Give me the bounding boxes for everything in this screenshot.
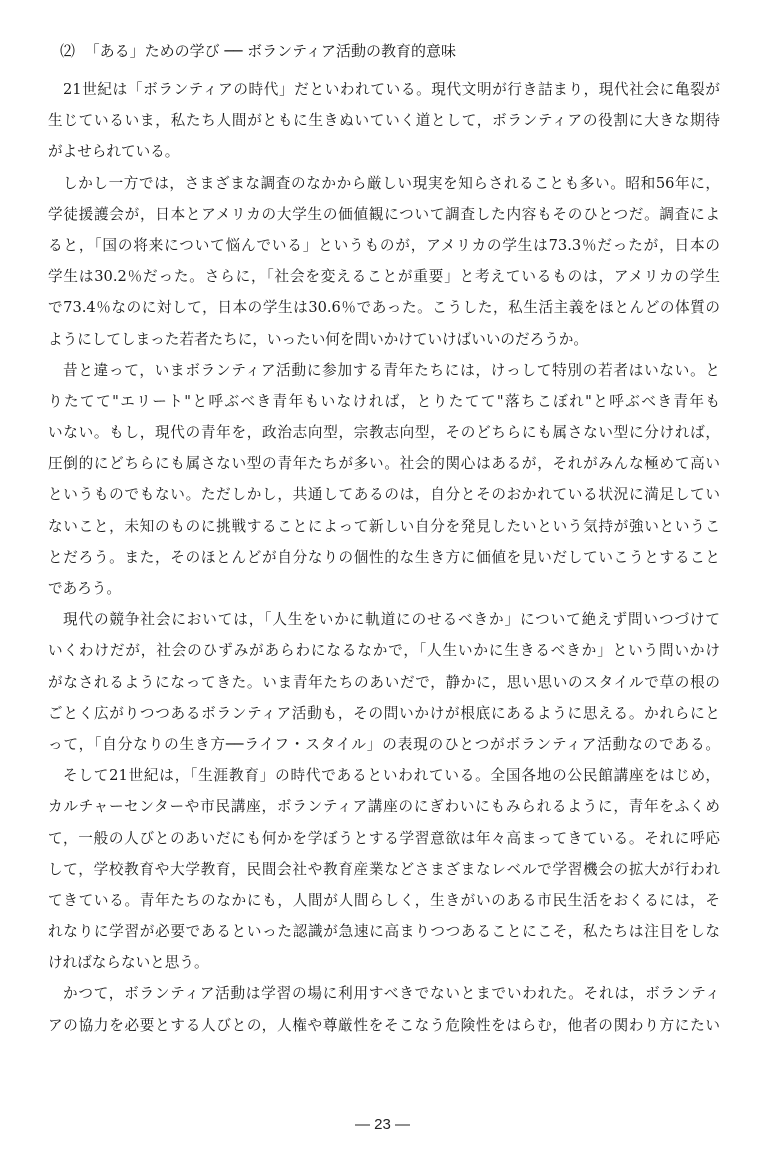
text-line: 昔と違って，いまボランティア活動に参加する青年たちには，けっして特別の若者はいな… xyxy=(48,359,720,390)
section-title-text: 「ある」ための学び ── ボランティア活動の教育的意味 xyxy=(85,42,456,60)
text-line: て，一般の人びとのあいだにも何かを学ぼうとする学習意欲は年々高まってきている。そ… xyxy=(48,827,720,858)
text-line: 現代の競争社会においては，「人生をいかに軌道にのせるべきか」について絶えず問いつ… xyxy=(48,608,720,639)
text-line: して，学校教育や大学教育，民間会社や教育産業などさまざまなレベルで学習機会の拡大… xyxy=(48,858,720,889)
text-line: って，「自分なりの生き方──ライフ・スタイル」の表現のひとつがボランティア活動な… xyxy=(48,733,720,764)
text-line: であろう。 xyxy=(48,577,720,608)
text-line: ると，「国の将来について悩んでいる」というものが，アメリカの学生は73.3％だっ… xyxy=(48,234,720,265)
text-line: とだろう。また，そのほとんどが自分なりの個性的な生き方に価値を見いだしていこうと… xyxy=(48,546,720,577)
text-line: いない。もし，現代の青年を，政治志向型，宗教志向型，そのどちらにも属さない型に分… xyxy=(48,421,720,452)
text-line: アの協力を必要とする人びとの，人権や尊厳性をそこなう危険性をはらむ，他者の関わり… xyxy=(48,1014,720,1045)
section-number: ⑵ xyxy=(60,42,75,60)
text-line: ければならないと思う。 xyxy=(48,951,720,982)
text-line: 21世紀は「ボランティアの時代」だといわれている。現代文明が行き詰まり，現代社会… xyxy=(48,78,720,109)
text-line: ようにしてしまった若者たちに，いったい何を問いかけていけばいいのだろうか。 xyxy=(48,328,720,359)
text-line: 学徒援護会が，日本とアメリカの大学生の価値観について調査した内容もそのひとつだ。… xyxy=(48,203,720,234)
text-line: カルチャーセンターや市民講座，ボランティア講座のにぎわいにもみられるように，青年… xyxy=(48,795,720,826)
text-line: しかし一方では，さまざまな調査のなかから厳しい現実を知らされることも多い。昭和5… xyxy=(48,172,720,203)
text-line: ごとく広がりつつあるボランティア活動も，その問いかけが根底にあるように思える。か… xyxy=(48,702,720,733)
text-line: というものでもない。ただしかし，共通してあるのは，自分とそのおかれている状況に満… xyxy=(48,483,720,514)
text-line: 圧倒的にどちらにも属さない型の青年たちが多い。社会的関心はあるが，それがみんな極… xyxy=(48,452,720,483)
document-page: ⑵ 「ある」ための学び ── ボランティア活動の教育的意味 21世紀は「ボランテ… xyxy=(0,0,765,1167)
text-line: りたてて"エリート"と呼ぶべき青年もいなければ，とりたてて"落ちこぼれ"と呼ぶべ… xyxy=(48,390,720,421)
body-text: 21世紀は「ボランティアの時代」だといわれている。現代文明が行き詰まり，現代社会… xyxy=(48,78,720,1045)
text-line: れなりに学習が必要であるといった認識が急速に高まりつつあることにこそ，私たちは注… xyxy=(48,920,720,951)
text-line: いくわけだが，社会のひずみがあらわになるなかで，「人生いかに生きるべきか」という… xyxy=(48,639,720,670)
text-line: そして21世紀は，「生涯教育」の時代であるといわれている。全国各地の公民館講座を… xyxy=(48,764,720,795)
text-line: で73.4％なのに対して，日本の学生は30.6％であった。こうした，私生活主義を… xyxy=(48,296,720,327)
text-line: 生じているいま，私たち人間がともに生きぬいていく道として，ボランティアの役割に大… xyxy=(48,109,720,140)
text-line: 学生は30.2％だった。さらに，「社会を変えることが重要」と考えているものは，ア… xyxy=(48,265,720,296)
text-line: てきている。青年たちのなかにも，人間が人間らしく，生きがいのある市民生活をおくる… xyxy=(48,889,720,920)
text-line: がよせられている。 xyxy=(48,140,720,171)
text-line: かつて，ボランティア活動は学習の場に利用すべきでないとまでいわれた。それは，ボラ… xyxy=(48,982,720,1013)
page-number: — 23 — xyxy=(0,1114,765,1136)
text-line: がなされるようになってきた。いま青年たちのあいだで，静かに，思い思いのスタイルで… xyxy=(48,671,720,702)
text-line: ないこと，未知のものに挑戦することによって新しい自分を発見したいという気持が強い… xyxy=(48,515,720,546)
section-heading: ⑵ 「ある」ための学び ── ボランティア活動の教育的意味 xyxy=(60,40,456,62)
